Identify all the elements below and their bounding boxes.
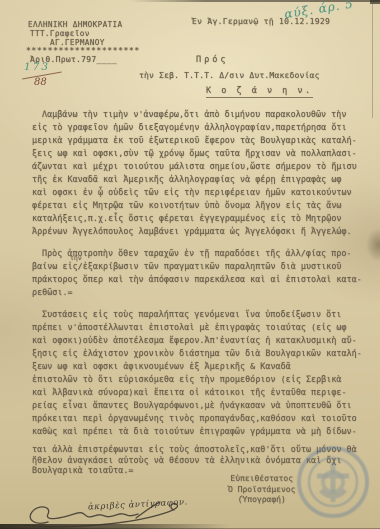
body-line: ρεθῶσι.= [32,286,362,299]
letterhead: ΕΛΛΗΝΙΚΗ ΔΗΜΟΚΡΑΤΙΑ ΤΤΤ.Γραφεῖον ΑΓ.ΓΕΡΜ… [28,20,122,47]
recipient-address: τὴν Σεβ. Τ.Τ.Τ. Δ/σιν Δυτ.Μακεδονίας [139,71,320,80]
signature-flourish [18,492,198,529]
closing-obedient: Εὐπειθέστατος [228,474,295,485]
signature-block: Εὐπειθέστατος Ὁ Προϊστάμενος (Ὑπογραφή) [228,474,295,506]
body-line: καθὼς καὶ πρέπει τὰ διὰ τοιούτων ἐπιγραφ… [32,425,362,438]
body-line: ξησις εἰς ἐλάχιστον χρονικὸν διάστημα τῶ… [32,347,362,360]
body-line: φέρεται εἰς Μητρῷα τῶν κοινοτήτων ὑπὸ ὄν… [32,199,362,212]
body-paragraph-1: Λαμβάνω τὴν τιμὴν ν'ἀναφέρω,ὅτι ἀπὸ διμή… [32,108,362,238]
recipient-city: Κ ο ζ ά ν η ν. [206,86,313,98]
body-line: καὶ οφσκι ἐν ᾧ οὐδεὶς τῶν εἰς τὴν περιφέ… [32,186,362,199]
body-line: εἰς τὸ γραφεῖον ἡμῶν διεξαγομένην ἀλληλο… [32,121,362,134]
body-line: πρέπει ν'ἀποστέλλωνται ἐπιστολαὶ μὲ ἐπιγ… [32,321,362,334]
letter-body: Λαμβάνω τὴν τιμὴν ν'ἀναφέρω,ὅτι ἀπὸ διμή… [32,108,362,485]
handwritten-number-88: 88 [34,77,47,88]
interlinear-insertion: τὴν [70,254,82,262]
recipient-salutation: Πρός [196,55,228,65]
body-paragraph-3: Συστάσεις εἰς τοὺς παραλήπτας γενόμεναι … [32,308,362,438]
body-line: Λαμβάνω τὴν τιμὴν ν'ἀναφέρω,ὅτι ἀπὸ διμή… [32,108,362,121]
closing-signature-label: (Ὑπογραφή) [228,495,295,506]
letterhead-divider: ********************* [26,46,140,55]
body-line: καὶ Ἀλβανικὰ σύνορα)καὶ ἔπειτα οἱ κάτοικ… [32,386,362,399]
scan-smudge [366,228,380,262]
handwritten-number-173: 173 [24,61,50,73]
body-line: καταλήξεις,π.χ.εἷς ὅστις φέρεται ἐγγεγρα… [32,212,362,225]
circular-stamp [293,442,373,522]
body-line: μερικὰ γράμματα ἐκ τοῦ ἐξωτερικοῦ ἔφερον… [32,134,362,147]
date-line: Ἐν Ἁγ.Γερμανῷ τῇ 10.12.1929 [192,17,330,26]
body-line: ξεις ωφ καὶ οφσκι,σὺν τῷ χρόνῳ ὅμως ταῦτ… [32,147,362,160]
body-line: ἐπιστολῶν τὸ ὅτι εὑρισκόμεθα εἰς τὴν προ… [32,373,362,386]
body-line: Ἀρρένων Ἀγγελόπουλος λαμβάνει γράμματα ὡ… [32,225,362,238]
scan-edge-right [372,0,373,118]
body-line: πράκτορος ὅπερ καὶ τὴν ἀπόφασιν παρεκάλε… [32,273,362,286]
body-line: τῆς ἐκ Καναδᾶ καὶ Ἀμερικῆς ἀλληλογραφίας… [32,173,362,186]
closing-title: Ὁ Προϊστάμενος [228,485,295,496]
body-line: καὶ οφσκι)οὐδὲν ἀποτέλεσμα ἔφερον.Ἀπ'ἐνα… [32,334,362,347]
body-line: Συστάσεις εἰς τοὺς παραλήπτας γενόμεναι … [32,308,362,321]
body-line: πρόκειται περὶ ὀργανωμένης τινὸς προπαγά… [32,412,362,425]
letterhead-office: ΤΤΤ.Γραφεῖον [30,29,122,38]
letterhead-republic: ΕΛΛΗΝΙΚΗ ΔΗΜΟΚΡΑΤΙΑ [28,20,122,29]
body-line: ξεων ωφ καὶ οφσκι ἀφικνουμένων ἐξ Ἀμερικ… [32,360,362,373]
body-line: άζωνται καὶ μέχρι τοιούτου μάλιστα σημεί… [32,160,362,173]
scanned-letter-page: { "colors": { "paper": "#d8caa3", "typed… [0,0,380,529]
body-line: ρείας εἶναι ἅπαντες Βουλγαρόφωνοι,μὲ ἠνά… [32,399,362,412]
